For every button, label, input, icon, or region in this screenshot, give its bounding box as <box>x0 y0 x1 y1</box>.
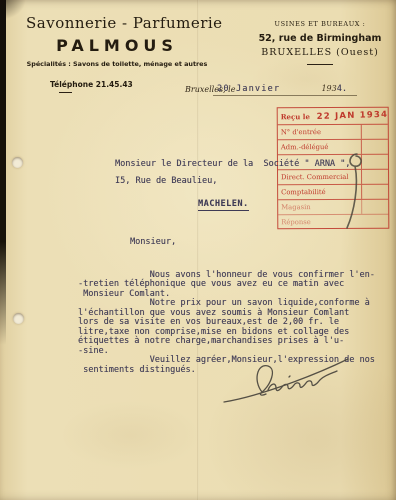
offices-city: BRUXELLES (Ouest) <box>253 47 387 58</box>
received-stamp-header: Reçu le 22 JAN 1934 <box>278 108 388 126</box>
scan-edge-strip <box>0 0 6 345</box>
stamp-row: Comptabilité <box>278 185 388 201</box>
recipient-city: MACHELEN. <box>198 199 249 211</box>
year-printed: 193 <box>321 84 336 93</box>
punch-hole <box>12 157 23 168</box>
year-added: 4. <box>337 84 347 94</box>
stamp-row: Réponse <box>278 215 388 231</box>
paper-stain <box>60 400 200 470</box>
stamp-row: Adm.-délégué <box>278 140 388 156</box>
company-name: PALMOUS <box>26 36 208 55</box>
punch-hole <box>13 313 24 324</box>
recipient-line2: I5, Rue de Beaulieu, <box>115 176 217 186</box>
stamp-row: N° d'entrée <box>278 125 388 141</box>
scanned-letter-page: Savonnerie - Parfumerie PALMOUS Spéciali… <box>0 0 396 500</box>
salutation: Monsieur, <box>130 237 176 247</box>
stamp-row: Direct. Commercial <box>278 170 388 186</box>
stamp-routing-rows: N° d'entréeAdm.-déléguéDirect. Commercia… <box>278 125 389 231</box>
stamp-row: Magasin <box>278 200 388 216</box>
received-label: Reçu le <box>281 112 310 121</box>
company-phone: Téléphone 21.45.43 <box>26 80 208 89</box>
signature-handwriting <box>210 350 355 408</box>
corner-shadow <box>0 0 26 20</box>
date-rule <box>213 95 357 96</box>
letterhead-right: USINES ET BUREAUX : 52, rue de Birmingha… <box>253 20 387 65</box>
company-type: Savonnerie - Parfumerie <box>26 14 208 32</box>
dateline: Bruxelles, le 20 Janvier 1934. <box>185 84 357 100</box>
handwritten-pen-mark <box>342 144 368 232</box>
company-specialties: Spécialités : Savons de toilette, ménage… <box>26 60 208 68</box>
offices-street: 52, rue de Birmingham <box>253 33 387 44</box>
recipient-line1: Monsieur le Directeur de la Société " AR… <box>115 159 350 169</box>
received-date-stamp: 22 JAN 1934 <box>317 110 389 122</box>
dateline-year: 1934. <box>321 84 347 94</box>
divider-rule <box>59 92 72 93</box>
offices-label: USINES ET BUREAUX : <box>253 20 387 28</box>
letter-line: étiquettes à notre charge,marchandises p… <box>78 337 375 346</box>
divider-rule <box>307 64 333 65</box>
dateline-typed-date: 20 Janvier <box>217 84 280 94</box>
letterhead-left: Savonnerie - Parfumerie PALMOUS Spéciali… <box>26 14 208 93</box>
